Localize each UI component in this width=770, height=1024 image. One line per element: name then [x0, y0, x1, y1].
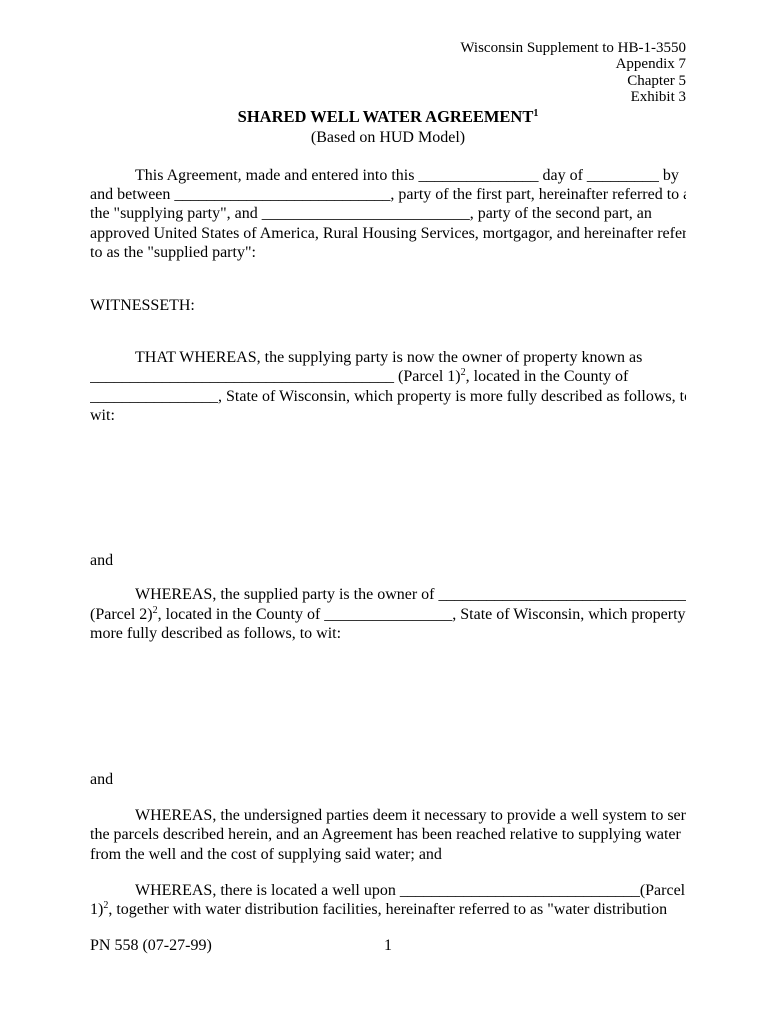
- document-content: Wisconsin Supplement to HB-1-3550 Append…: [90, 40, 686, 920]
- title-footnote-marker: 1: [533, 108, 538, 119]
- header-line-supplement: Wisconsin Supplement to HB-1-3550: [90, 40, 686, 56]
- text-line: and between ___________________________,…: [90, 185, 686, 204]
- witnesseth-heading: WITNESSETH:: [90, 296, 686, 315]
- opening-paragraph: This Agreement, made and entered into th…: [90, 166, 686, 263]
- header-line-appendix: Appendix 7: [90, 56, 686, 72]
- text-segment: , located in the County of _____________…: [158, 606, 686, 623]
- page-number: 1: [384, 936, 392, 955]
- text-line: the "supplying party", and _____________…: [90, 204, 686, 223]
- document-number: PN 558 (07-27-99): [90, 937, 212, 954]
- document-subtitle: (Based on HUD Model): [90, 127, 686, 148]
- text-segment: ______________________________________ (…: [90, 368, 461, 385]
- that-whereas-paragraph: THAT WHEREAS, the supplying party is now…: [90, 348, 686, 426]
- header-line-exhibit: Exhibit 3: [90, 89, 686, 105]
- text-line: more fully described as follows, to wit:: [90, 624, 686, 643]
- text-line: WHEREAS, the undersigned parties deem it…: [90, 806, 686, 825]
- and-connector: and: [90, 551, 686, 570]
- text-line: ________________, State of Wisconsin, wh…: [90, 387, 686, 406]
- text-line: 1)2, together with water distribution fa…: [90, 900, 686, 919]
- text-line: (Parcel 2)2, located in the County of __…: [90, 605, 686, 624]
- text-line: ______________________________________ (…: [90, 367, 686, 386]
- header-reference-block: Wisconsin Supplement to HB-1-3550 Append…: [90, 40, 686, 106]
- text-segment: , located in the County of: [466, 368, 629, 385]
- text-segment: , together with water distribution facil…: [108, 901, 667, 918]
- whereas-parties-paragraph: WHEREAS, the undersigned parties deem it…: [90, 806, 686, 864]
- header-line-chapter: Chapter 5: [90, 73, 686, 89]
- text-line: approved United States of America, Rural…: [90, 224, 686, 243]
- text-line: from the well and the cost of supplying …: [90, 845, 686, 864]
- page-footer: PN 558 (07-27-99) 1: [90, 936, 686, 955]
- document-page: Wisconsin Supplement to HB-1-3550 Append…: [0, 0, 770, 1024]
- document-title: SHARED WELL WATER AGREEMENT1: [90, 106, 686, 127]
- title-text: SHARED WELL WATER AGREEMENT: [238, 107, 534, 126]
- text-line: THAT WHEREAS, the supplying party is now…: [90, 348, 686, 367]
- text-line: wit:: [90, 406, 686, 425]
- text-line: WHEREAS, there is located a well upon __…: [90, 881, 686, 900]
- and-connector: and: [90, 770, 686, 789]
- text-segment: (Parcel 2): [90, 606, 153, 623]
- text-line: the parcels described herein, and an Agr…: [90, 825, 686, 844]
- text-line: to as the "supplied party":: [90, 243, 686, 262]
- text-line: This Agreement, made and entered into th…: [90, 166, 686, 185]
- whereas-supplied-paragraph: WHEREAS, the supplied party is the owner…: [90, 585, 686, 643]
- text-line: WHEREAS, the supplied party is the owner…: [90, 585, 686, 604]
- whereas-well-paragraph: WHEREAS, there is located a well upon __…: [90, 881, 686, 920]
- text-segment: 1): [90, 901, 103, 918]
